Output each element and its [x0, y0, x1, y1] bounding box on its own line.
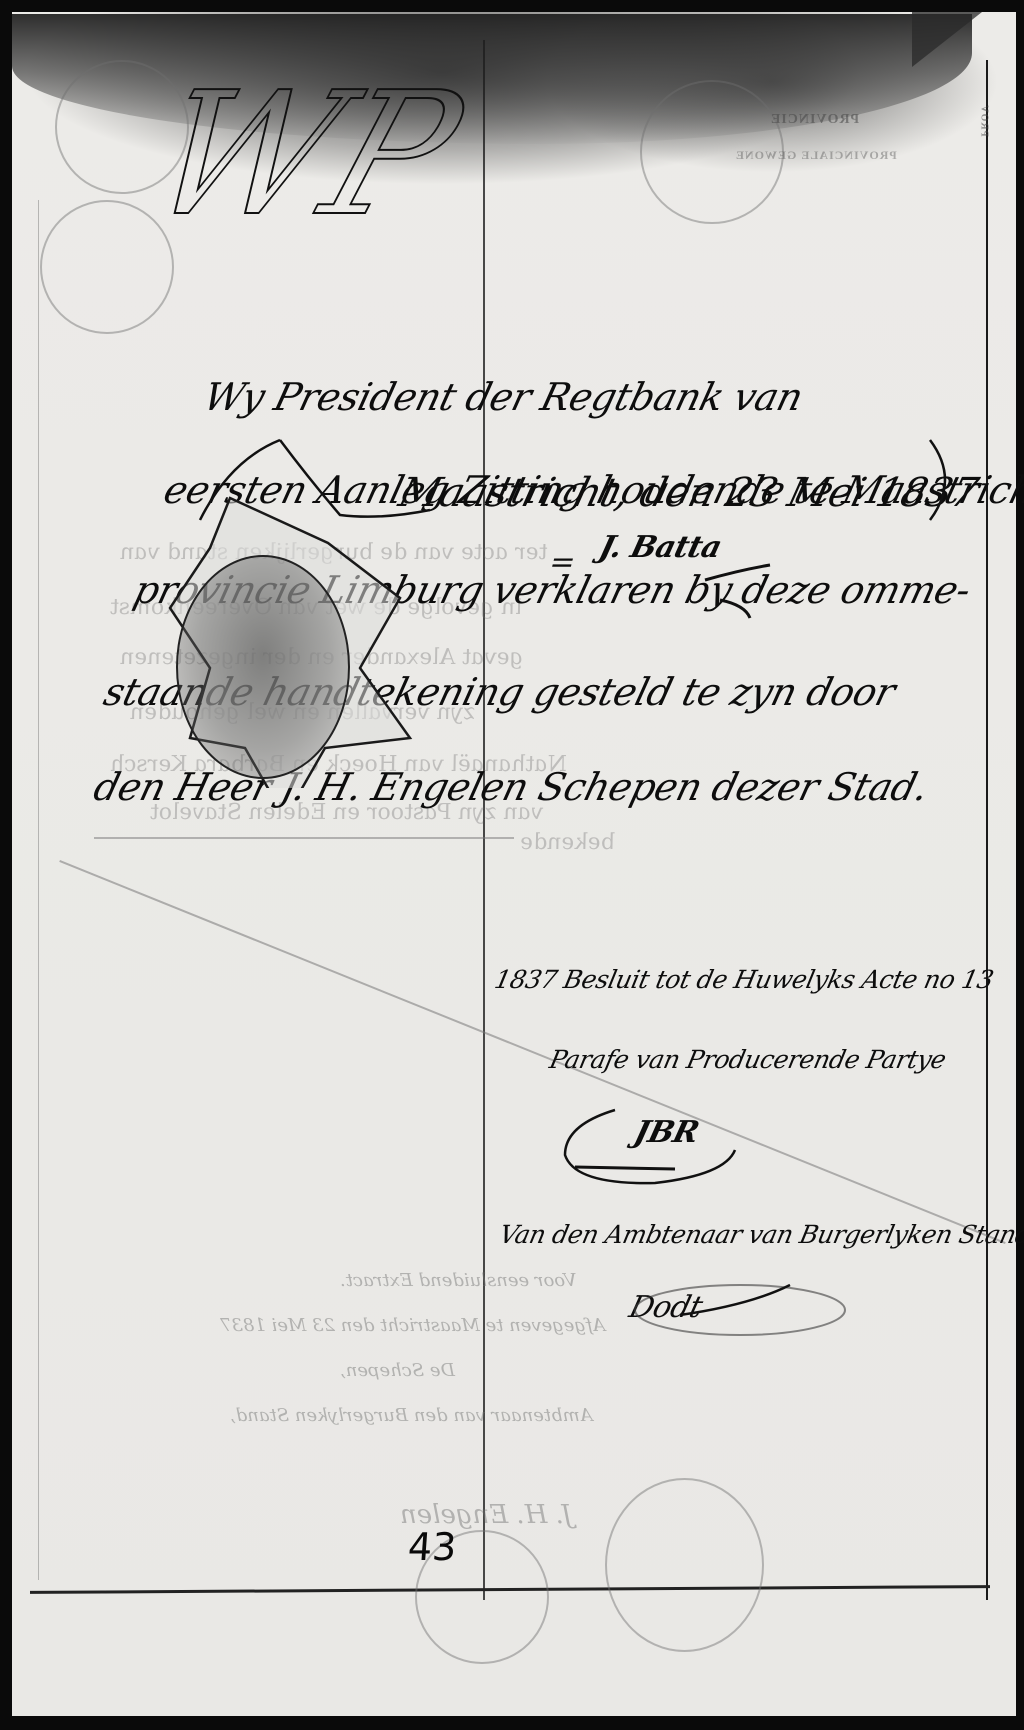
annotation-line-1: 1837 Besluit tot de Huwelyks Acte no 13 [492, 965, 996, 994]
page-number: 43 [406, 1525, 457, 1569]
bleed-through-stamp-title: PROVINCIE [770, 112, 859, 128]
right-border-line [986, 60, 988, 1600]
main-text-line-1: Wy President der Regtbank van [200, 375, 808, 419]
edge-mark: PROV [979, 104, 990, 136]
monogram-wp: WP [132, 70, 476, 240]
ghost-text-line: bekende [517, 830, 617, 855]
paraph-dodt-flourish [620, 1275, 850, 1345]
annotation-line-3: Van den Ambtenaar van Burgerlyken Stand [497, 1220, 1024, 1249]
bleed-through-line: De Schepen, [340, 1360, 455, 1381]
ghost-stamp-bottom-right [605, 1478, 764, 1652]
left-margin-line [38, 200, 39, 1580]
bleed-through-stamp-subtitle: PROVINCIALE GEWONE [735, 148, 897, 163]
folded-corner [912, 12, 982, 67]
place-date-flourish [190, 420, 970, 530]
signature-flourish [700, 560, 780, 620]
bleed-through-line: Ambtenaar van den Burgerlyken Stand, [230, 1405, 593, 1426]
annotation-line-2: Parafe van Producerende Partye [547, 1045, 949, 1074]
bleed-through-line: Voor eensluidend Extract. [340, 1270, 577, 1291]
wax-seal-core [176, 555, 350, 779]
paraph-jbr-flourish [555, 1105, 755, 1195]
ghost-rule-line [94, 837, 514, 839]
bleed-through-line: Afgegeven te Maastricht den 23 Mei 1837 [220, 1315, 605, 1336]
